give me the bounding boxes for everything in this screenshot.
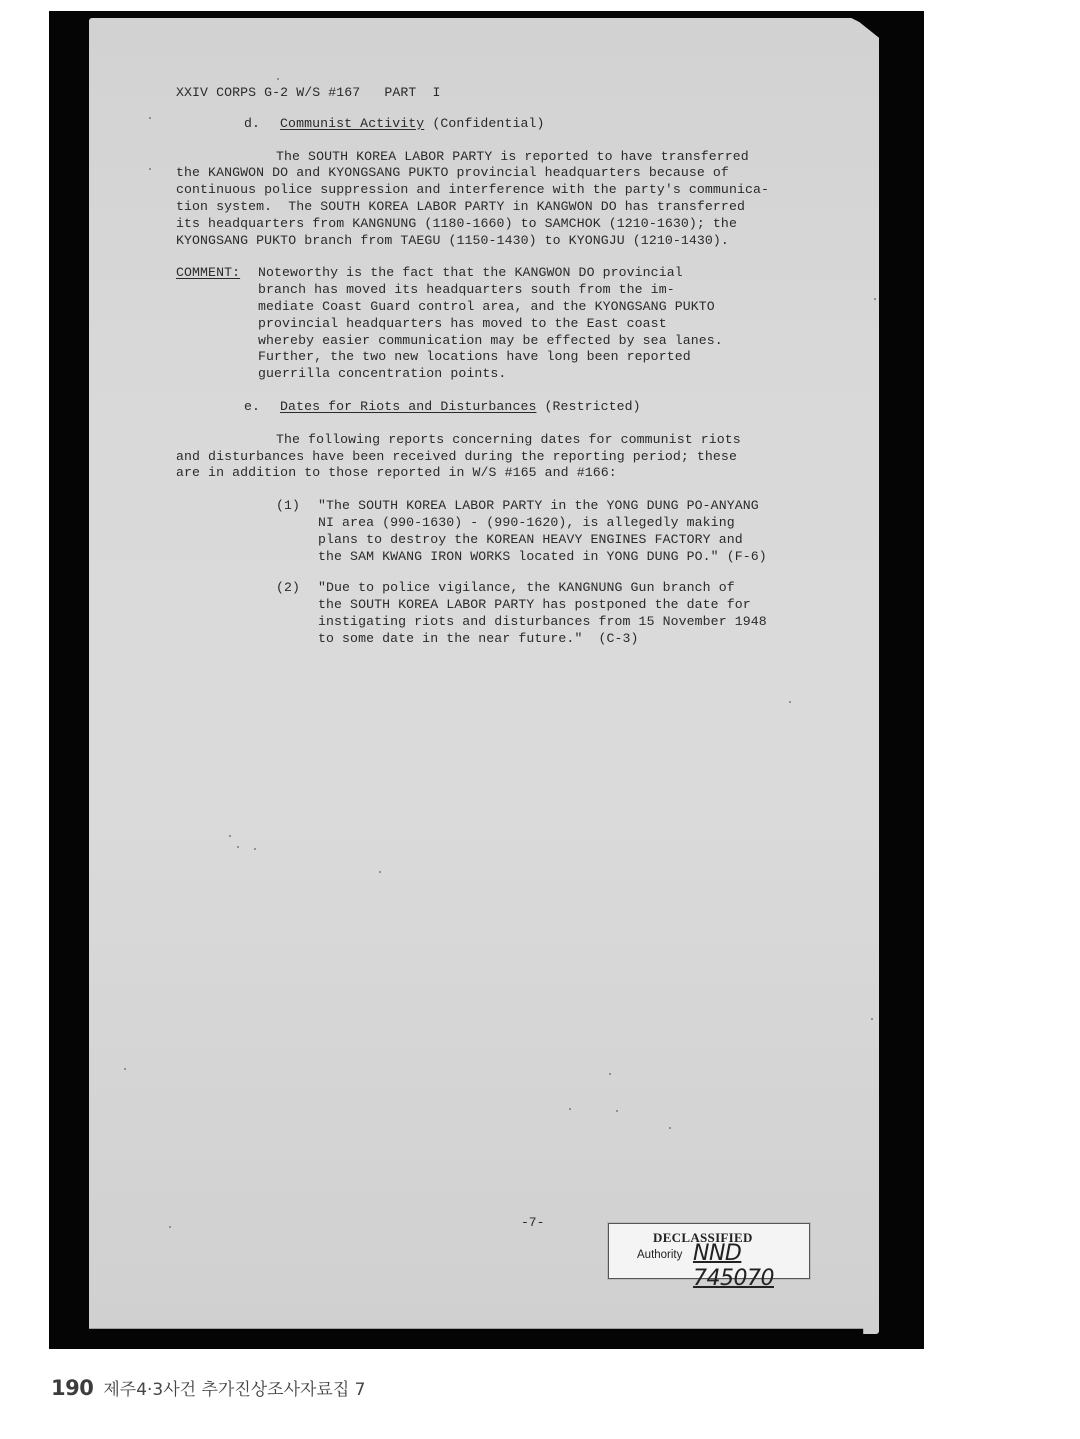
scanned-document-frame: XXIV CORPS G-2 W/S #167 PART I d. Commun… xyxy=(49,11,924,1349)
scan-speck xyxy=(124,1068,126,1070)
scan-speck xyxy=(149,117,151,119)
scan-speck xyxy=(229,835,231,837)
section-d-heading: d. Communist Activity (Confidential) xyxy=(176,116,806,133)
section-e-title: Dates for Riots and Disturbances xyxy=(280,399,536,414)
comment-body: Noteworthy is the fact that the KANGWON … xyxy=(258,265,806,383)
section-e-heading: e. Dates for Riots and Disturbances (Res… xyxy=(176,399,806,416)
comment-line: Noteworthy is the fact that the KANGWON … xyxy=(258,265,806,282)
scan-speck xyxy=(237,846,239,848)
scan-speck xyxy=(379,871,381,873)
scan-speck xyxy=(789,701,791,703)
paragraph-line: continuous police suppression and interf… xyxy=(176,182,806,199)
item-line: instigating riots and disturbances from … xyxy=(318,614,767,631)
section-d-paragraph: The SOUTH KOREA LABOR PARTY is reported … xyxy=(176,149,806,250)
paragraph-line: The SOUTH KOREA LABOR PARTY is reported … xyxy=(176,149,806,166)
comment-line: guerrilla concentration points. xyxy=(258,366,806,383)
declassified-stamp: DECLASSIFIED Authority NND 745070 xyxy=(608,1223,810,1279)
item-body: "Due to police vigilance, the KANGNUNG G… xyxy=(318,580,767,647)
paragraph-line: are in addition to those reported in W/S… xyxy=(176,465,806,482)
comment-line: provincial headquarters has moved to the… xyxy=(258,316,806,333)
item-body: "The SOUTH KOREA LABOR PARTY in the YONG… xyxy=(318,498,767,565)
report-item-2: (2) "Due to police vigilance, the KANGNU… xyxy=(176,580,806,647)
section-d-label: d. xyxy=(244,116,260,131)
paragraph-line: tion system. The SOUTH KOREA LABOR PARTY… xyxy=(176,199,806,216)
scan-speck xyxy=(569,1108,571,1110)
scan-speck xyxy=(616,1110,618,1112)
item-line: "Due to police vigilance, the KANGNUNG G… xyxy=(318,580,767,597)
scan-speck xyxy=(874,298,876,300)
scan-speck xyxy=(149,168,151,170)
paragraph-line: The following reports concerning dates f… xyxy=(176,432,806,449)
section-d-classification: (Confidential) xyxy=(432,116,544,131)
comment-line: branch has moved its headquarters south … xyxy=(258,282,806,299)
section-e-label: e. xyxy=(244,399,260,414)
report-item-1: (1) "The SOUTH KOREA LABOR PARTY in the … xyxy=(176,498,806,565)
section-e-classification: (Restricted) xyxy=(545,399,641,414)
scan-speck xyxy=(871,1018,873,1020)
paragraph-line: and disturbances have been received duri… xyxy=(176,449,806,466)
comment-tag: COMMENT: xyxy=(176,265,258,383)
item-line: the SAM KWANG IRON WORKS located in YONG… xyxy=(318,549,767,566)
item-line: plans to destroy the KOREAN HEAVY ENGINE… xyxy=(318,532,767,549)
scan-speck xyxy=(277,78,279,80)
item-line: the SOUTH KOREA LABOR PARTY has postpone… xyxy=(318,597,767,614)
item-number: (1) xyxy=(276,498,318,565)
book-footer: 190 제주4·3사건 추가진상조사자료집 7 xyxy=(51,1375,366,1400)
paragraph-line: its headquarters from KANGNUNG (1180-166… xyxy=(176,216,806,233)
scan-speck xyxy=(254,848,256,850)
book-page-number: 190 xyxy=(51,1376,93,1400)
item-line: "The SOUTH KOREA LABOR PARTY in the YONG… xyxy=(318,498,767,515)
paragraph-line: the KANGWON DO and KYONGSANG PUKTO provi… xyxy=(176,165,806,182)
item-line: to some date in the near future." (C-3) xyxy=(318,631,767,648)
item-number: (2) xyxy=(276,580,318,647)
paragraph-line: KYONGSANG PUKTO branch from TAEGU (1150-… xyxy=(176,233,806,250)
stamp-authority-code: NND 745070 xyxy=(693,1241,809,1291)
section-d-title: Communist Activity xyxy=(280,116,424,131)
document-body: XXIV CORPS G-2 W/S #167 PART I d. Commun… xyxy=(176,85,806,663)
document-page: XXIV CORPS G-2 W/S #167 PART I d. Commun… xyxy=(89,18,879,1334)
comment-line: mediate Coast Guard control area, and th… xyxy=(258,299,806,316)
document-header: XXIV CORPS G-2 W/S #167 PART I xyxy=(176,85,806,102)
scan-speck xyxy=(669,1127,671,1129)
comment-line: whereby easier communication may be effe… xyxy=(258,333,806,350)
comment-block: COMMENT: Noteworthy is the fact that the… xyxy=(176,265,806,383)
stamp-authority-label: Authority xyxy=(637,1249,682,1261)
item-line: NI area (990-1630) - (990-1620), is alle… xyxy=(318,515,767,532)
section-e-paragraph: The following reports concerning dates f… xyxy=(176,432,806,482)
scan-speck xyxy=(169,1226,171,1228)
scan-speck xyxy=(609,1073,611,1075)
document-page-number: -7- xyxy=(521,1215,544,1230)
book-title: 제주4·3사건 추가진상조사자료집 7 xyxy=(103,1375,365,1400)
comment-line: Further, the two new locations have long… xyxy=(258,349,806,366)
